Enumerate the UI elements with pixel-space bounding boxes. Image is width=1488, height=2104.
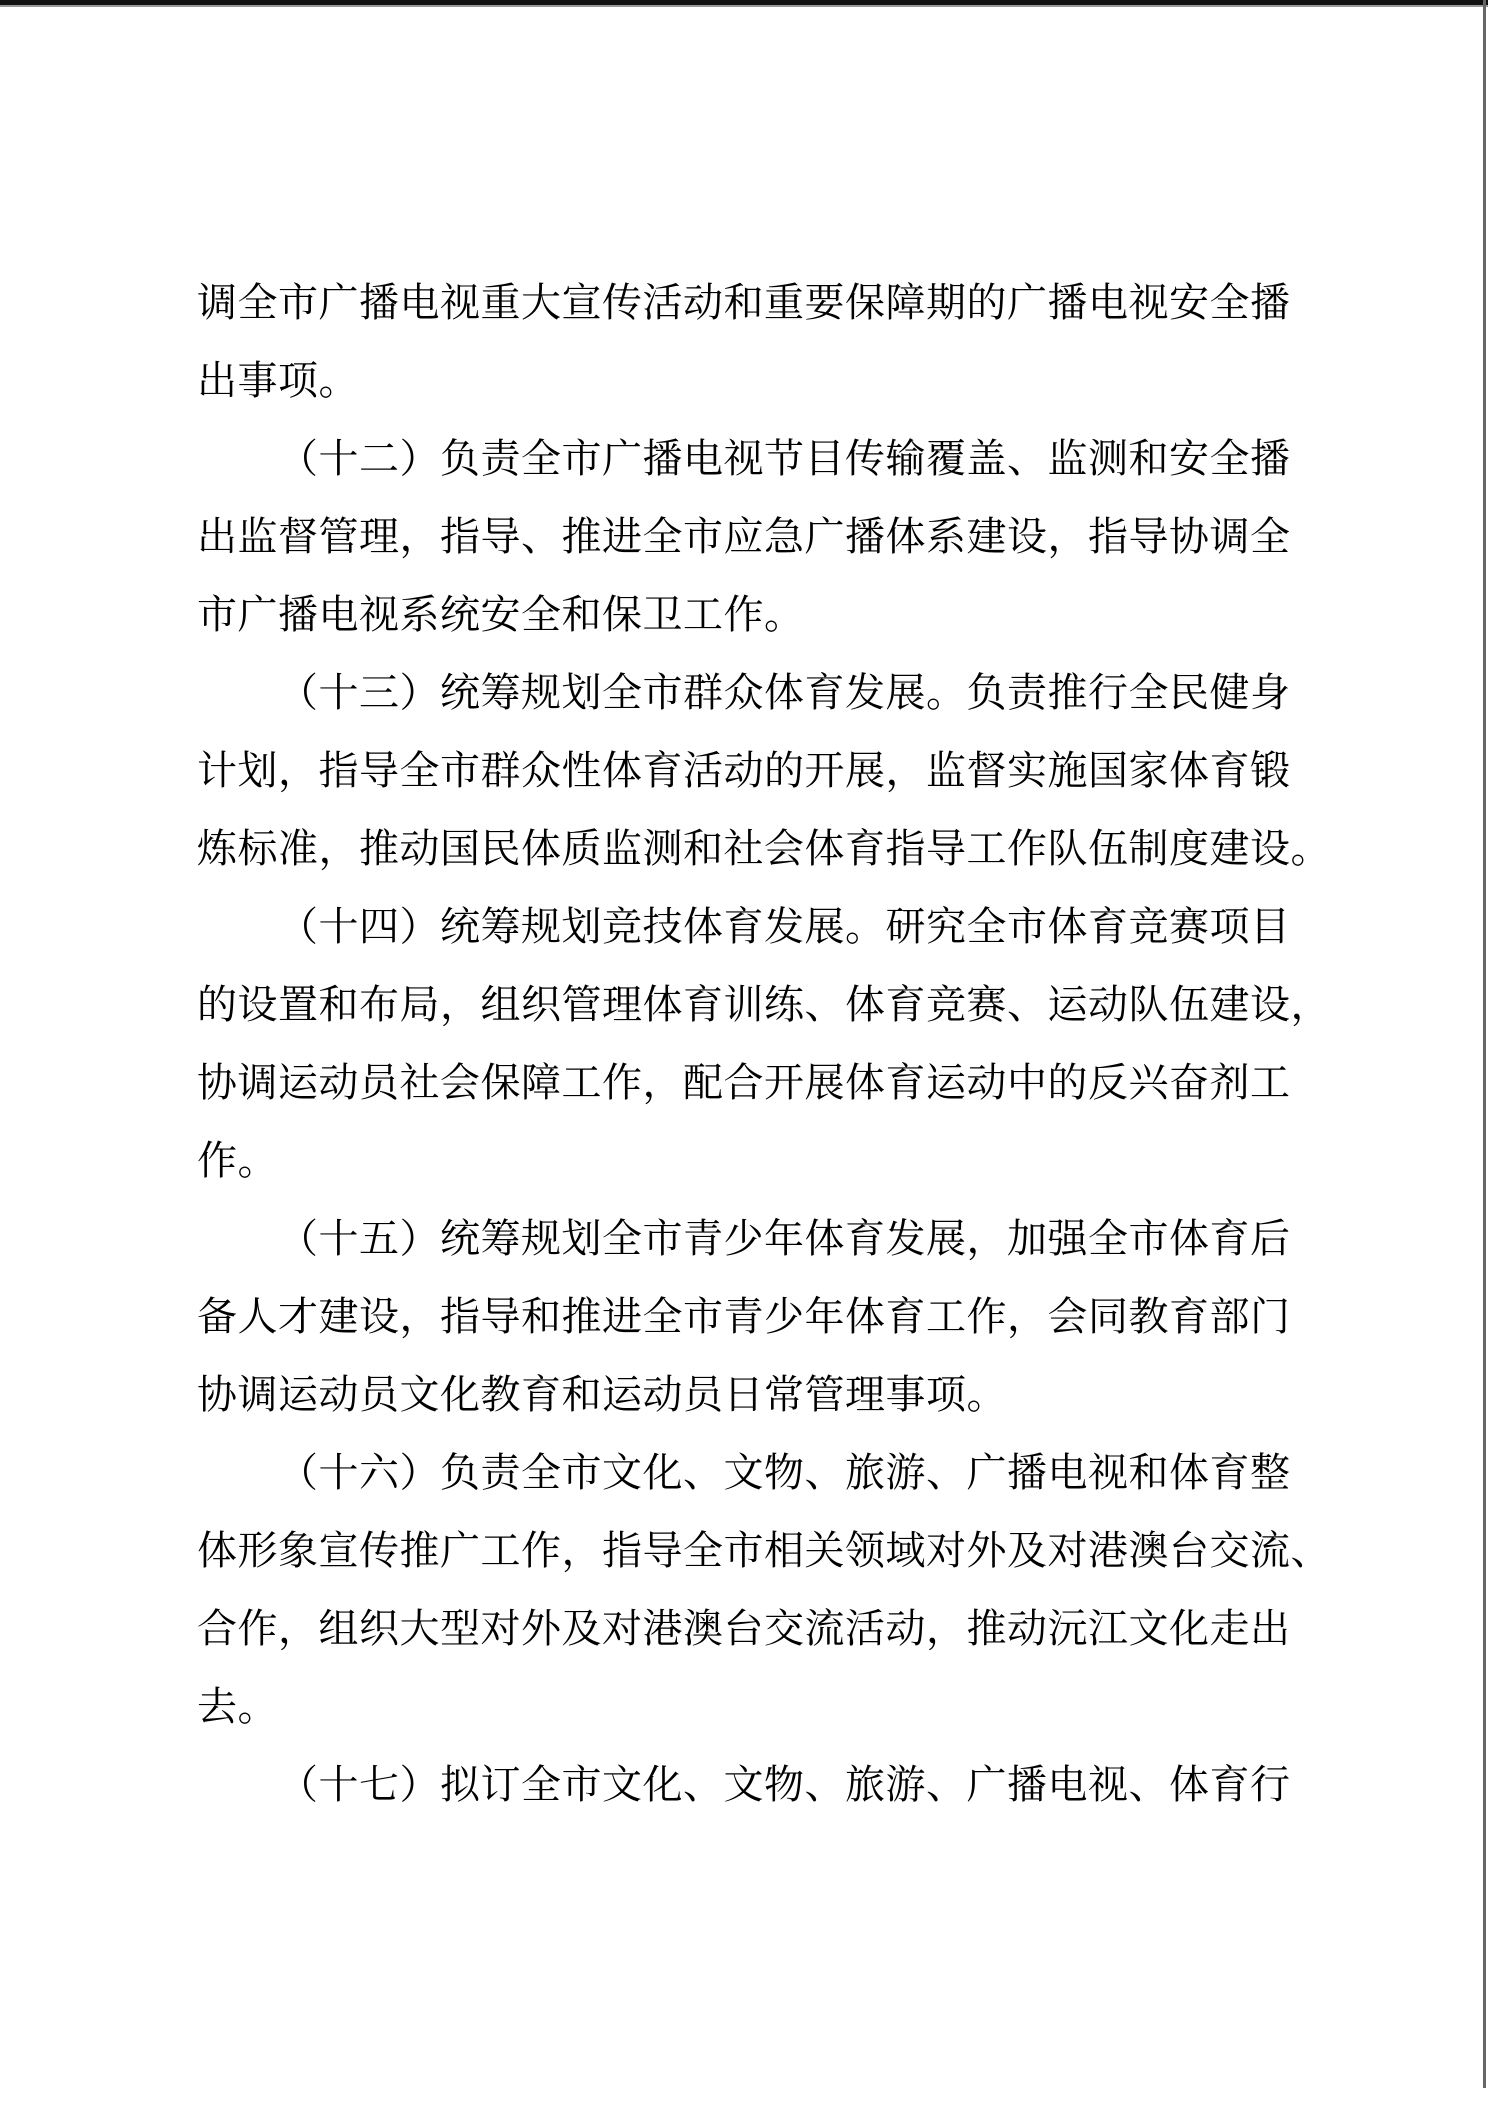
- text-line: （十七）拟订全市文化、文物、旅游、广播电视、体育行: [197, 1746, 1332, 1824]
- text-line: 协调运动员社会保障工作，配合开展体育运动中的反兴奋剂工: [197, 1044, 1332, 1122]
- text-line: 作。: [197, 1122, 1332, 1200]
- text-line: （十四）统筹规划竞技体育发展。研究全市体育竞赛项目: [197, 888, 1332, 966]
- text-line: 计划，指导全市群众性体育活动的开展，监督实施国家体育锻: [197, 732, 1332, 810]
- text-line: 备人才建设，指导和推进全市青少年体育工作，会同教育部门: [197, 1278, 1332, 1356]
- document-page: 调全市广播电视重大宣传活动和重要保障期的广播电视安全播出事项。（十二）负责全市广…: [0, 0, 1488, 2104]
- scan-edge-right: [1483, 0, 1486, 2088]
- text-line: 炼标准，推动国民体质监测和社会体育指导工作队伍制度建设。: [197, 810, 1332, 888]
- text-line: 去。: [197, 1668, 1332, 1746]
- text-line: （十二）负责全市广播电视节目传输覆盖、监测和安全播: [197, 420, 1332, 498]
- text-line: 市广播电视系统安全和保卫工作。: [197, 576, 1332, 654]
- text-line: 调全市广播电视重大宣传活动和重要保障期的广播电视安全播: [197, 264, 1332, 342]
- text-line: 的设置和布局，组织管理体育训练、体育竞赛、运动队伍建设，: [197, 966, 1332, 1044]
- document-body: 调全市广播电视重大宣传活动和重要保障期的广播电视安全播出事项。（十二）负责全市广…: [197, 264, 1332, 1824]
- text-line: （十六）负责全市文化、文物、旅游、广播电视和体育整: [197, 1434, 1332, 1512]
- scan-edge-top: [0, 0, 1488, 7]
- text-line: （十三）统筹规划全市群众体育发展。负责推行全民健身: [197, 654, 1332, 732]
- text-line: 体形象宣传推广工作，指导全市相关领域对外及对港澳台交流、: [197, 1512, 1332, 1590]
- text-line: 合作，组织大型对外及对港澳台交流活动，推动沅江文化走出: [197, 1590, 1332, 1668]
- text-line: 出事项。: [197, 342, 1332, 420]
- text-line: （十五）统筹规划全市青少年体育发展，加强全市体育后: [197, 1200, 1332, 1278]
- text-line: 出监督管理，指导、推进全市应急广播体系建设，指导协调全: [197, 498, 1332, 576]
- text-line: 协调运动员文化教育和运动员日常管理事项。: [197, 1356, 1332, 1434]
